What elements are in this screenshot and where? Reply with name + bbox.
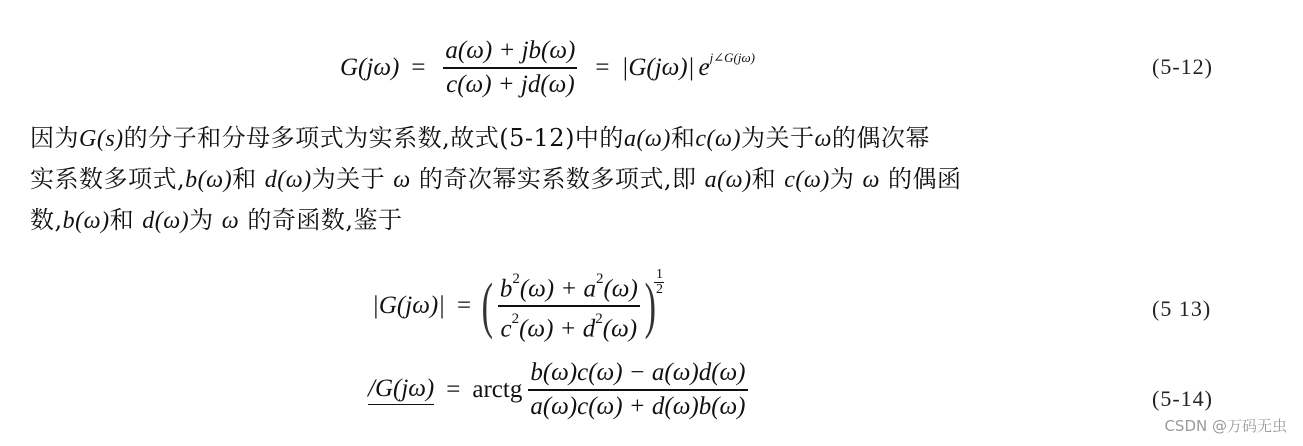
eq-5-14-equals: =	[446, 376, 460, 404]
num-mid: (ω) + a	[520, 275, 596, 302]
inline-math: a(ω)	[705, 167, 752, 193]
paragraph-text: 和	[671, 124, 696, 152]
fraction-bar	[498, 305, 640, 307]
eq-5-13-equals: =	[457, 292, 471, 320]
eq-5-12-rhs-equals: =	[595, 54, 609, 82]
equation-number-5-13: (5 13)	[1152, 296, 1211, 322]
inline-math: a(ω)	[624, 126, 671, 152]
eq-5-13-denominator: c2(ω) + d2(ω)	[499, 308, 640, 344]
inline-math: b(ω)	[63, 208, 110, 234]
inline-math: ω	[814, 126, 831, 152]
exp-num: 1	[656, 268, 663, 282]
paragraph-text: 的分子和分母多项式为实系数,故式(5-12)中的	[124, 124, 624, 152]
inline-math: ω	[222, 208, 239, 234]
equation-number-5-14: (5-14)	[1152, 386, 1213, 412]
paragraph-text: 的奇次幂实系数多项式,即	[411, 165, 705, 193]
eq-5-12-exponent: j∠G(jω)	[710, 50, 755, 66]
paragraph-line-2: 实系数多项式,b(ω)和 d(ω)为关于 ω 的奇次幂实系数多项式,即 a(ω)…	[30, 159, 1290, 200]
eq-5-13-fraction: b2(ω) + a2(ω) c2(ω) + d2(ω)	[498, 268, 640, 344]
body-paragraph: 因为G(s)的分子和分母多项式为实系数,故式(5-12)中的a(ω)和c(ω)为…	[30, 118, 1290, 241]
paragraph-text: 为	[830, 165, 863, 193]
equation-5-12-row: G(jω) = a(ω) + jb(ω) c(ω) + jd(ω) = |G(j…	[0, 28, 1303, 108]
equation-5-13: |G(jω)| = ( b2(ω) + a2(ω) c2(ω) + d2(ω) …	[372, 268, 664, 344]
fraction-bar	[443, 67, 577, 69]
paragraph-text: 数,	[30, 206, 63, 234]
paragraph-text: 和	[752, 165, 785, 193]
den-mid: (ω) + d	[519, 315, 595, 342]
equation-number-5-12: (5-12)	[1152, 54, 1213, 80]
inline-math: c(ω)	[784, 167, 830, 193]
eq-5-13-lhs: |G(jω)|	[372, 292, 445, 320]
paragraph-text: 和	[110, 206, 143, 234]
eq-5-14-numerator: b(ω)c(ω) − a(ω)d(ω)	[528, 358, 747, 388]
equation-5-13-row: |G(jω)| = ( b2(ω) + a2(ω) c2(ω) + d2(ω) …	[0, 268, 1303, 348]
paragraph-text: 为关于	[312, 165, 394, 193]
equation-5-12: G(jω) = a(ω) + jb(ω) c(ω) + jd(ω) = |G(j…	[340, 36, 755, 100]
inline-math: ω	[393, 167, 410, 193]
eq-5-14-lhs: /G(jω)	[368, 375, 434, 405]
eq-5-12-fraction: a(ω) + jb(ω) c(ω) + jd(ω)	[443, 36, 577, 100]
left-paren-icon: (	[482, 275, 493, 337]
num-a-exp: 2	[596, 271, 604, 287]
eq-5-12-denominator: c(ω) + jd(ω)	[444, 70, 577, 100]
inline-math: G(s)	[79, 126, 124, 152]
csdn-watermark: CSDN @万码无虫	[1164, 415, 1287, 436]
eq-5-12-equals: =	[411, 54, 425, 82]
paragraph-text: 为关于	[741, 124, 815, 152]
eq-5-12-numerator: a(ω) + jb(ω)	[443, 36, 577, 66]
inline-math: b(ω)	[185, 167, 232, 193]
den-d-exp: 2	[595, 311, 603, 327]
paragraph-line-1: 因为G(s)的分子和分母多项式为实系数,故式(5-12)中的a(ω)和c(ω)为…	[30, 118, 1290, 159]
eq-5-12-base: e	[699, 54, 710, 82]
paragraph-text: 的偶函	[880, 165, 962, 193]
inline-math: d(ω)	[265, 167, 312, 193]
fraction-bar	[528, 389, 747, 391]
paragraph-text: 的偶次幂	[832, 124, 930, 152]
eq-5-12-lhs: G(jω)	[340, 54, 399, 82]
inline-math: ω	[862, 167, 879, 193]
num-b: b	[500, 275, 513, 302]
paragraph-text: 的奇函数,鉴于	[239, 206, 402, 234]
num-b-exp: 2	[512, 271, 520, 287]
den-end: (ω)	[603, 315, 637, 342]
inline-math: c(ω)	[695, 126, 741, 152]
equation-5-14: /G(jω) = arctg b(ω)c(ω) − a(ω)d(ω) a(ω)c…	[368, 358, 754, 422]
eq-5-14-fraction: b(ω)c(ω) − a(ω)d(ω) a(ω)c(ω) + d(ω)b(ω)	[528, 358, 747, 422]
paragraph-text: 为	[189, 206, 222, 234]
paragraph-text: 实系数多项式,	[30, 165, 185, 193]
num-end: (ω)	[603, 275, 637, 302]
paragraph-line-3: 数,b(ω)和 d(ω)为 ω 的奇函数,鉴于	[30, 200, 1290, 241]
eq-5-14-function: arctg	[472, 376, 522, 404]
inline-math: d(ω)	[142, 208, 189, 234]
eq-5-12-magnitude: |G(jω)|	[621, 54, 694, 82]
den-c-exp: 2	[512, 311, 520, 327]
exp-den: 2	[656, 283, 663, 297]
equation-5-14-row: /G(jω) = arctg b(ω)c(ω) − a(ω)d(ω) a(ω)c…	[0, 358, 1303, 438]
paragraph-text: 因为	[30, 124, 79, 152]
paragraph-text: 和	[232, 165, 265, 193]
den-c: c	[501, 315, 512, 342]
eq-5-13-numerator: b2(ω) + a2(ω)	[498, 268, 640, 304]
eq-5-14-denominator: a(ω)c(ω) + d(ω)b(ω)	[528, 392, 747, 422]
eq-5-13-exponent-half: 1 2	[654, 268, 664, 297]
